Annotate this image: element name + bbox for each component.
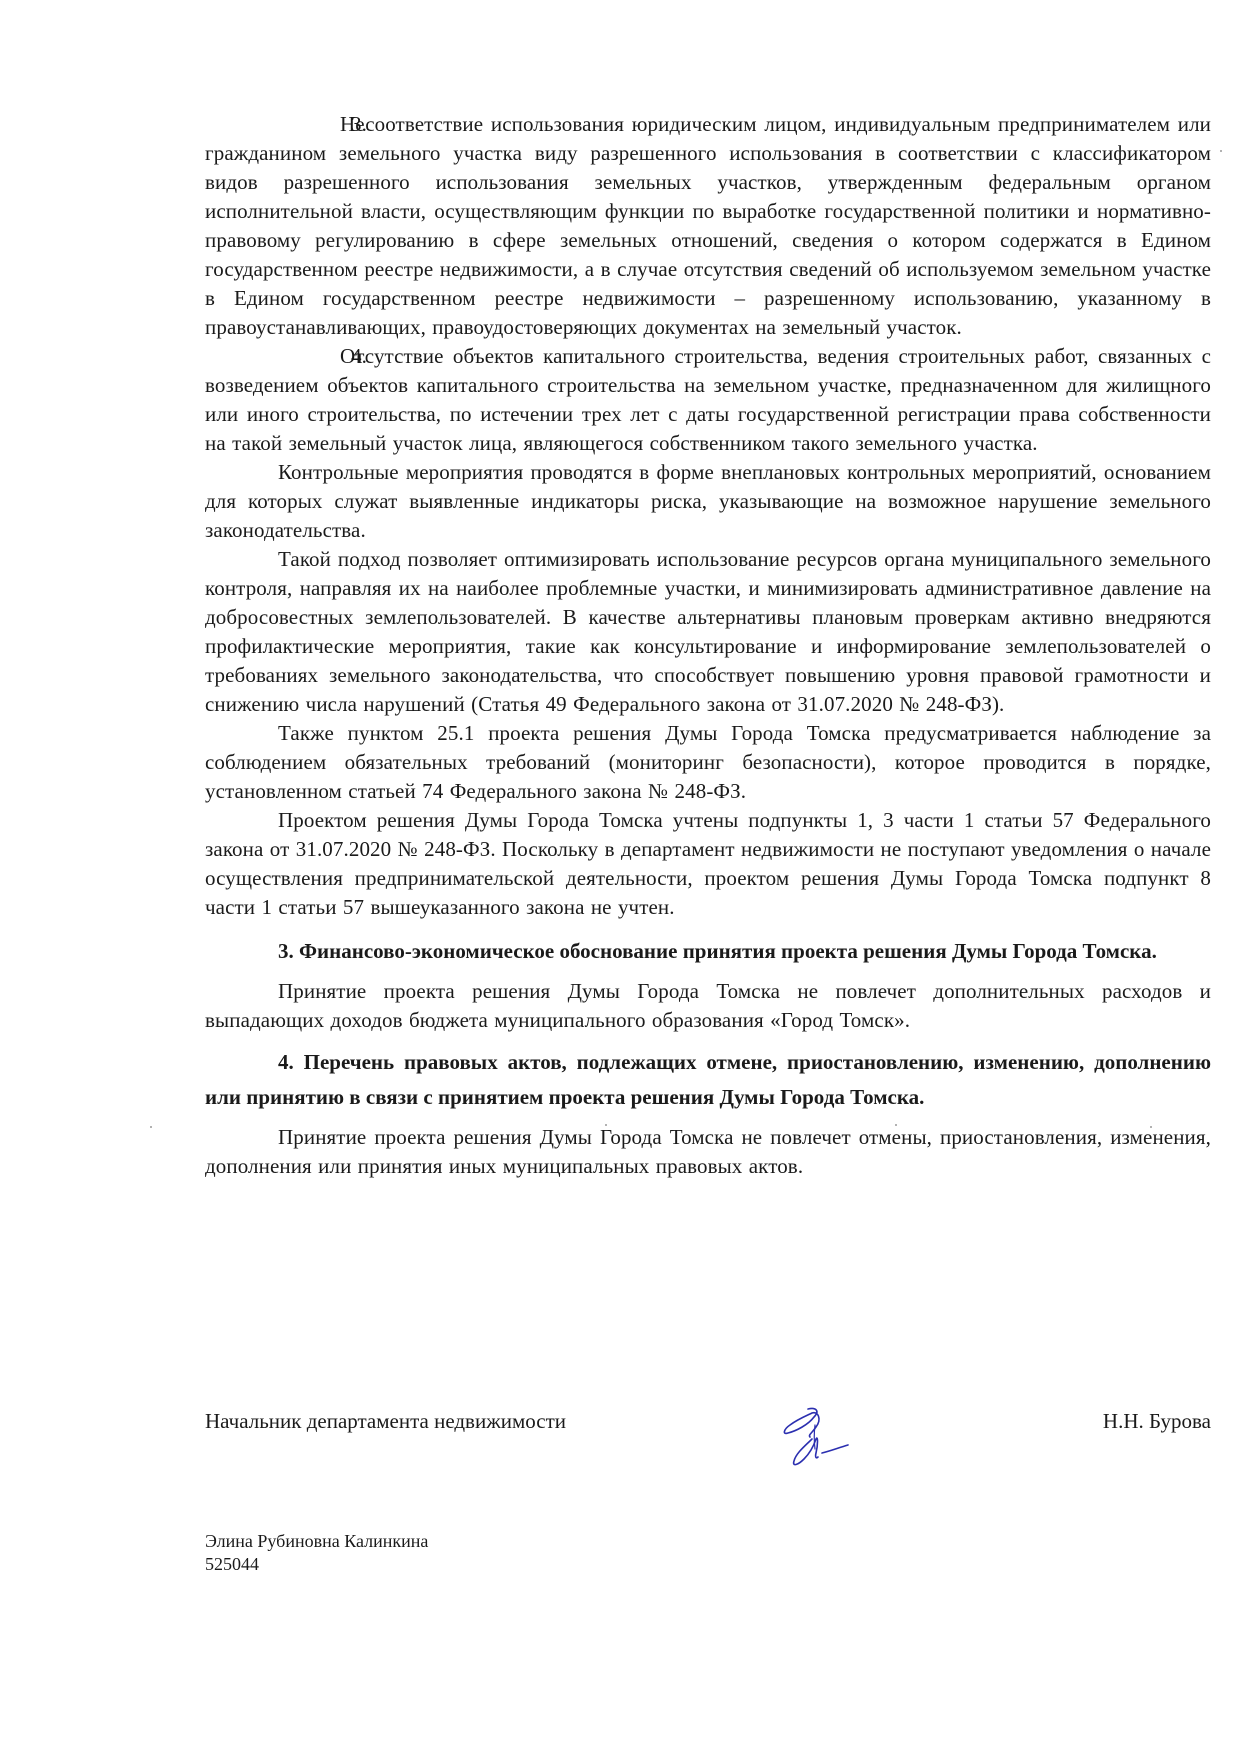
paragraph-control-measures: Контрольные мероприятия проводятся в фор… (205, 458, 1211, 545)
section-3-text: Принятие проекта решения Думы Города Том… (205, 977, 1211, 1035)
section-4-heading: 4. Перечень правовых актов, подлежащих о… (205, 1045, 1211, 1115)
item-number: 3. (278, 110, 340, 139)
paragraph-text: Несоответствие использования юридическим… (205, 112, 1211, 339)
scan-artifact (895, 1124, 897, 1126)
signatory-name: Н.Н. Бурова (1103, 1407, 1211, 1436)
paragraph-text: Отсутствие объектов капитального строите… (205, 344, 1211, 455)
executor-phone: 525044 (205, 1553, 428, 1576)
executor-name: Элина Рубиновна Калинкина (205, 1530, 428, 1553)
signatory-position: Начальник департамента недвижимости (205, 1407, 566, 1436)
section-3-heading: 3. Финансово-экономическое обоснование п… (205, 934, 1211, 969)
paragraph-approach: Такой подход позволяет оптимизировать ис… (205, 545, 1211, 719)
item-number: 4. (278, 342, 340, 371)
paragraph-item-4: 4.Отсутствие объектов капитального строи… (205, 342, 1211, 458)
document-page: 3.Несоответствие использования юридическ… (0, 0, 1240, 1753)
executor-info: Элина Рубиновна Калинкина 525044 (205, 1530, 428, 1576)
paragraph-monitoring: Также пунктом 25.1 проекта решения Думы … (205, 719, 1211, 806)
scan-artifact (150, 1126, 152, 1128)
paragraph-subitems: Проектом решения Думы Города Томска учте… (205, 806, 1211, 922)
signature-block: Начальник департамента недвижимости Н.Н.… (205, 1405, 1211, 1475)
section-4-text: Принятие проекта решения Думы Города Том… (205, 1123, 1211, 1181)
scan-artifact (1150, 1126, 1152, 1128)
scan-artifact (605, 1124, 607, 1126)
paragraph-item-3: 3.Несоответствие использования юридическ… (205, 110, 1211, 342)
document-body: 3.Несоответствие использования юридическ… (205, 110, 1211, 1181)
scan-artifact (1220, 150, 1222, 152)
handwritten-signature-icon (778, 1405, 858, 1475)
